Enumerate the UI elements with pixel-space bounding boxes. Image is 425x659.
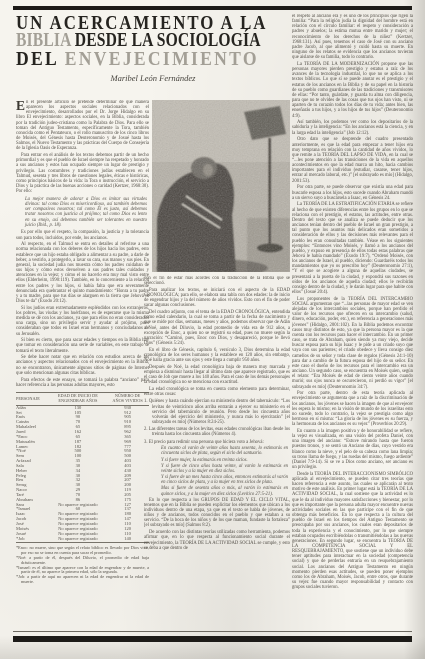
paragraph: 2. Las diferentes tareas de los levitas,… (144, 427, 290, 437)
paragraph: Mas si fuere de sesenta años o más, al v… (161, 486, 288, 496)
elderly-person-lamp-photo (152, 100, 290, 272)
bottom-rule (13, 636, 412, 642)
top-rule (13, 6, 412, 10)
paragraph: En cuanto al varón de veinte años hasta … (161, 446, 288, 456)
scanned-article-page: UN ACERCAMIENTO A LA BIBLIA DESDE LA SOC… (0, 0, 425, 659)
author-name: Maribel León Fernández (16, 73, 290, 83)
paragraph: Desde la TEORÍA DEL INTERACCIONISMO SIMB… (292, 472, 413, 591)
paragraph: Y si fuere de un mes hasta cinco años, e… (161, 475, 288, 485)
paragraph: Si los judíos eran extremadamente esplén… (16, 306, 149, 337)
table-footnotes: *Enoc: no muere, sino que según el relat… (16, 546, 149, 584)
paragraph: con el fin de estar más acordes con la t… (144, 276, 290, 286)
paragraph: Y si fuere mujer, la estimarás en treint… (161, 458, 288, 463)
article-photo (152, 100, 290, 272)
paragraph: Otro dato que se desprende del cuadro pr… (292, 137, 413, 183)
table-cell: *Job (16, 537, 50, 543)
title-word-envejecimiento: ENVEJECIMIENTO (65, 48, 259, 70)
middle-column: con el fin de estar más acordes con la t… (144, 276, 290, 640)
paragraph: En lo que respecta a los GRUPOS DE EDAD … (144, 498, 290, 529)
paragraph: Si bien es cierto, que para sacar edades… (16, 338, 149, 353)
table-row: *JobNo aparece registrado140 (16, 537, 149, 543)
paragraph: La TEORÍA DE LA MODERNIZACIÓN propone qu… (292, 62, 413, 119)
paragraph: Para efectos de este ensayo, se tomará l… (16, 378, 149, 388)
genealogy-ages-table: PERSONAJEEDAD DE INICIO DE ENGENDRAR AÑO… (16, 392, 149, 544)
paragraph: Después de Noé, la edad cronológica baja… (144, 365, 290, 386)
paragraph: En el libro de Génesis, capítulo 6, vers… (144, 348, 290, 363)
paragraph: Del cuadro adjunto, con el tema de la ED… (144, 310, 290, 346)
paragraph: Es por ello que el respeto, la compasión… (16, 230, 149, 240)
title-line-3: DEL ENVEJECIMIENTO (16, 50, 257, 68)
paragraph: La TEORÍA DE LA ESTRATIFICACIÓN ETARIA s… (292, 202, 413, 295)
paragraph: Para analizar los textos, se iniciará co… (144, 288, 290, 309)
paragraph: Y si fuere de cinco años hasta veinte, a… (161, 464, 288, 474)
column-header: NÚMERO DE AÑOS VIVIDOS (106, 392, 149, 405)
film-grain-overlay (152, 100, 290, 272)
paragraph: Al respecto, en el Talmud se entra en de… (16, 242, 149, 304)
paragraph: 3. El precio para redimir una persona qu… (144, 440, 290, 445)
paragraph: Por otra parte, dentro de esta teoría ap… (292, 391, 413, 427)
paragraph: Para entrar en el análisis de los textos… (16, 153, 149, 194)
paragraph: De acuerdo con las distintas teorías uti… (144, 530, 290, 551)
column-header: EDAD DE INICIO DE ENGENDRAR AÑOS (50, 392, 106, 405)
right-column: el respeto al anciano era y es uno de lo… (292, 14, 413, 634)
paragraph: En el presente artículo se pretende dete… (16, 100, 149, 152)
middle-column-text: con el fin de estar más acordes con la t… (144, 276, 290, 551)
paragraph: Por otra parte, se puede observar que ex… (292, 185, 413, 200)
table-header-row: PERSONAJEEDAD DE INICIO DE ENGENDRAR AÑO… (16, 392, 149, 405)
paragraph: La edad cronológica se toma en cuenta co… (144, 387, 290, 397)
left-column-text: En el presente artículo se pretende dete… (16, 100, 149, 388)
paragraph: *Job: a partir de aquí no aparecen ni la… (16, 575, 149, 585)
paragraph: La mejor manera de adorar a Dios es imit… (25, 197, 147, 228)
article-header: UN ACERCAMIENTO A LA BIBLIA DESDE LA SOC… (16, 14, 290, 83)
paragraph: Se debe hacer notar que en relación con … (16, 355, 149, 376)
paragraph: 1. Quiénes y hasta cuándo ejercían su mi… (144, 399, 290, 425)
paragraph: Los proponentes de la TEORÍA DEL INTERCA… (292, 297, 413, 390)
left-column: En el presente artículo se pretende dete… (16, 100, 149, 645)
column-header: PERSONAJE (16, 392, 50, 405)
paragraph: el respeto al anciano era y es uno de lo… (292, 14, 413, 60)
title-word-del: DEL (16, 48, 65, 70)
right-column-text: el respeto al anciano era y es uno de lo… (292, 14, 413, 590)
paragraph: Así también, los podemos ver como los de… (292, 120, 413, 135)
table-cell: No aparece registrado (50, 537, 106, 543)
table-cell: 140 (106, 537, 149, 543)
bottom-thin-rule (13, 631, 412, 632)
paragraph: En cuanto a la imagen positiva y de hono… (292, 429, 413, 470)
